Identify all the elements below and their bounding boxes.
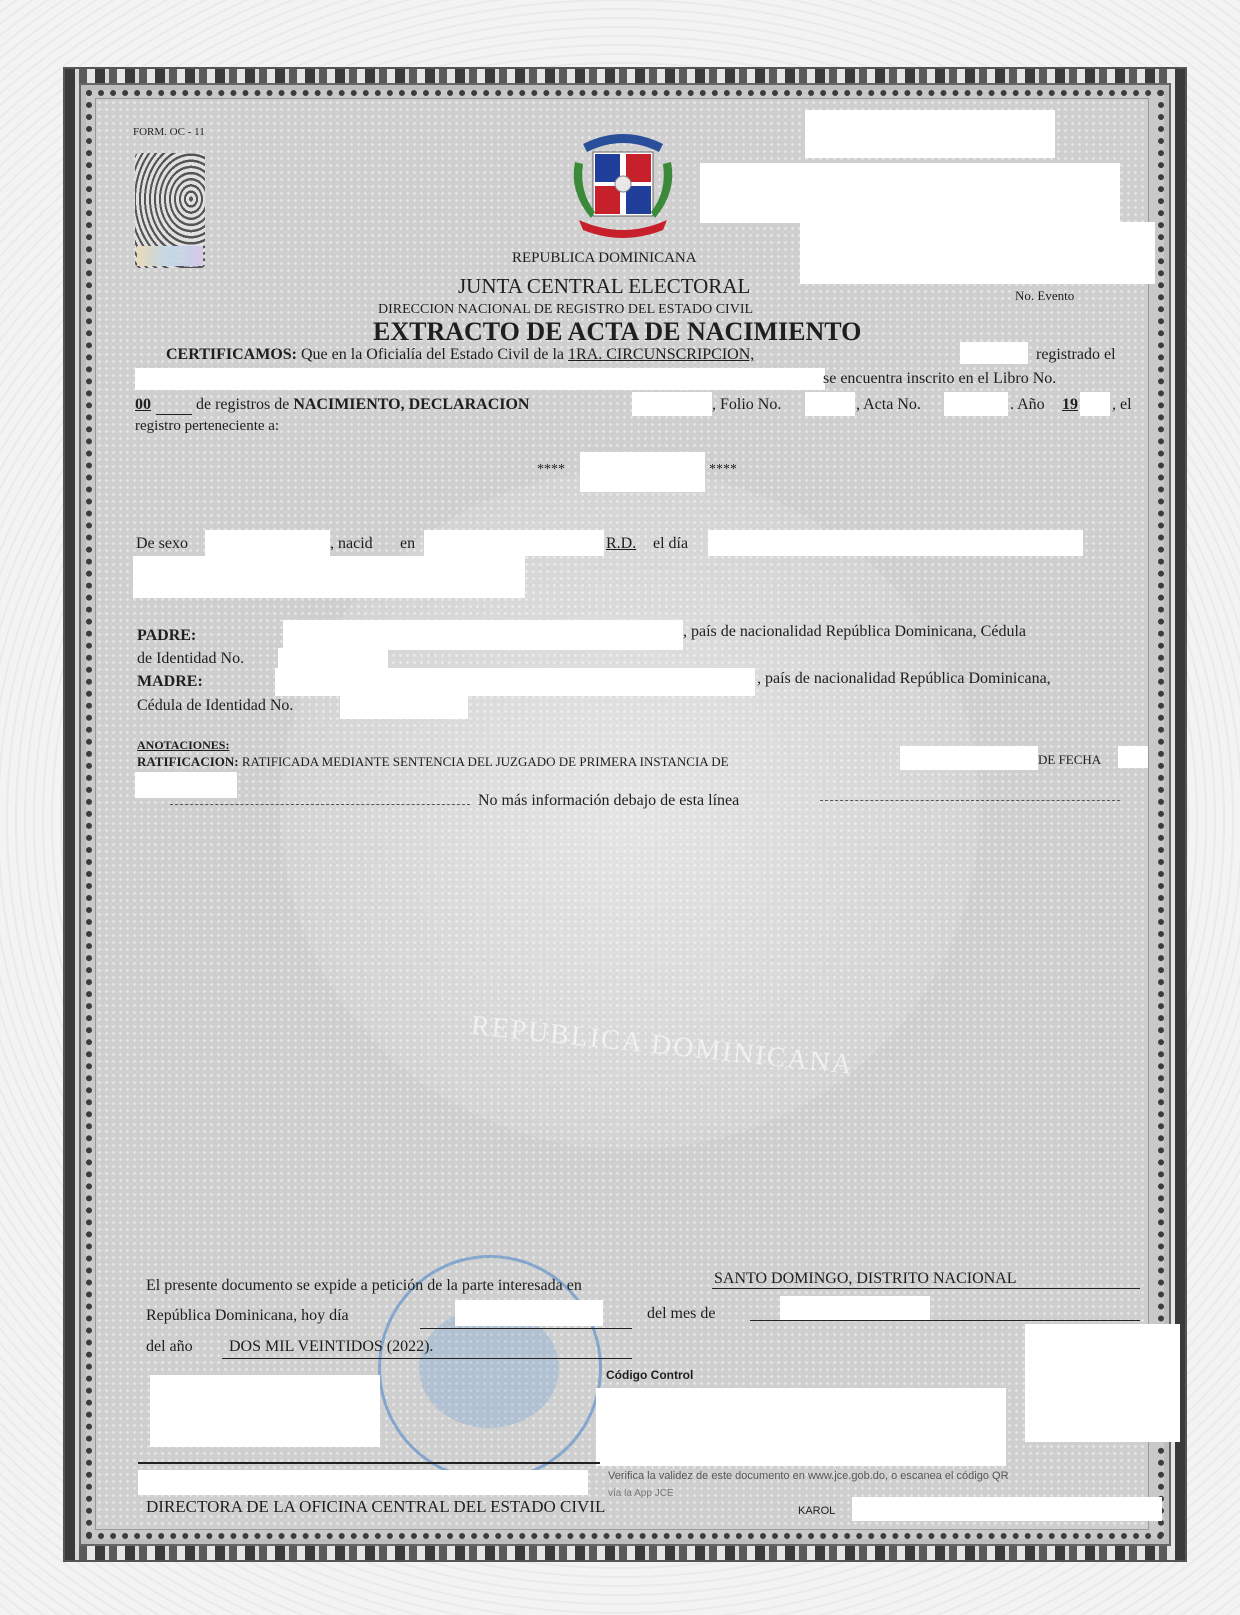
redacted-field <box>805 392 855 416</box>
name-suffix-stars: **** <box>709 462 737 478</box>
operator-name: KAROL <box>798 1505 835 1517</box>
signer-name-redacted <box>138 1470 588 1495</box>
certification-line-1: CERTIFICAMOS: Que en la Oficialía del Es… <box>166 346 754 364</box>
redacted-field <box>135 368 825 390</box>
signature-line <box>138 1462 600 1464</box>
redacted-field <box>1080 392 1110 416</box>
country-name: REPUBLICA DOMINICANA <box>512 250 697 267</box>
form-code: FORM. OC - 11 <box>133 126 205 138</box>
anio-emision-label: del año <box>146 1338 193 1356</box>
registro-type: NACIMIENTO, DECLARACION <box>293 396 529 413</box>
anotaciones-heading: ANOTACIONES: <box>137 738 229 753</box>
place-underline <box>712 1288 1140 1289</box>
de-fecha-label: DE FECHA <box>1038 752 1101 768</box>
redacted-field <box>424 530 604 556</box>
registrado-label: registrado el <box>1036 346 1116 364</box>
ratificacion-text: RATIFICADA MEDIANTE SENTENCIA DEL JUZGAD… <box>242 754 729 769</box>
verify-text: Verifica la validez de este documento en… <box>608 1470 1009 1482</box>
name-prefix-stars: **** <box>537 462 565 478</box>
padre-name-redacted <box>283 620 683 650</box>
el-label: , el <box>1112 396 1132 414</box>
redacted-field <box>700 163 1120 223</box>
redacted-field <box>1118 746 1148 768</box>
redacted-field <box>340 693 468 719</box>
issuance-line-2: República Dominicana, hoy día <box>146 1307 349 1325</box>
control-code-redacted <box>596 1388 1006 1466</box>
end-of-information-line: No más información debajo de esta línea <box>478 792 739 810</box>
redacted-field <box>852 1497 1162 1521</box>
codigo-control-label: Código Control <box>606 1368 693 1382</box>
redacted-field <box>900 746 1038 770</box>
madre-nacionalidad: , país de nacionalidad República Dominic… <box>757 670 1051 688</box>
padre-nacionalidad: , país de nacionalidad República Dominic… <box>683 623 1026 641</box>
month-underline <box>750 1320 1140 1321</box>
oficialia-text: Que en la Oficialía del Estado Civil de … <box>301 346 564 363</box>
en-label: en <box>400 535 415 553</box>
fingerprint-hologram-icon: JCE <box>135 153 205 268</box>
redacted-field <box>133 556 525 598</box>
redacted-field <box>960 342 1028 364</box>
event-number-label: No. Evento <box>1015 288 1074 304</box>
redacted-field <box>135 772 237 798</box>
day-underline <box>420 1328 632 1329</box>
nacido-label: , nacid <box>330 535 373 553</box>
ratificacion-line: RATIFICACION: RATIFICADA MEDIANTE SENTEN… <box>137 754 729 770</box>
anio-prefix: 19 <box>1062 396 1078 414</box>
institution-name: JUNTA CENTRAL ELECTORAL <box>458 274 750 299</box>
signer-title: DIRECTORA DE LA OFICINA CENTRAL DEL ESTA… <box>146 1497 605 1517</box>
libro-label: se encuentra inscrito en el Libro No. <box>823 370 1056 388</box>
sexo-label: De sexo <box>136 535 188 553</box>
madre-cedula-label: Cédula de Identidad No. <box>137 697 293 715</box>
de-registros-label: de registros de <box>196 396 289 413</box>
end-line-left <box>170 804 470 805</box>
acta-label: , Acta No. <box>856 396 921 414</box>
madre-name-redacted <box>275 668 755 696</box>
folio-label: , Folio No. <box>712 396 781 414</box>
mes-label: del mes de <box>647 1305 715 1323</box>
issuance-place: SANTO DOMINGO, DISTRITO NACIONAL <box>714 1270 1017 1288</box>
rd-label: R.D. <box>606 535 636 553</box>
padre-cedula-label: de Identidad No. <box>137 650 244 668</box>
redacted-field <box>632 392 712 416</box>
anio-emision-value: DOS MIL VEINTIDOS (2022). <box>229 1338 433 1356</box>
madre-label: MADRE: <box>137 673 203 691</box>
redacted-field <box>708 530 1083 556</box>
redacted-field <box>944 392 1008 416</box>
department-name: DIRECCION NACIONAL DE REGISTRO DEL ESTAD… <box>378 302 753 318</box>
redacted-field <box>800 222 1155 284</box>
libro-underline <box>156 414 192 415</box>
hologram-label: JCE <box>137 246 203 266</box>
redacted-day <box>455 1300 603 1326</box>
circunscripcion-value: 1RA. CIRCUNSCRIPCION, <box>568 346 754 363</box>
document-title: EXTRACTO DE ACTA DE NACIMIENTO <box>373 317 861 347</box>
perteneciente-label: registro perteneciente a: <box>135 418 279 435</box>
libro-number: 00 <box>135 396 151 414</box>
end-line-right <box>820 800 1120 801</box>
verify-text-2: vía la App JCE <box>608 1488 674 1499</box>
redacted-field <box>805 110 1055 158</box>
qr-code-redacted <box>1025 1324 1180 1442</box>
anio-label: . Año <box>1010 396 1045 414</box>
dia-label: el día <box>653 535 688 553</box>
ratificacion-label: RATIFICACION: <box>137 754 239 769</box>
issuance-line-1: El presente documento se expide a petici… <box>146 1277 582 1295</box>
coat-of-arms-icon <box>565 122 681 240</box>
registros-text: de registros de NACIMIENTO, DECLARACION <box>196 396 529 414</box>
redacted-field <box>205 530 330 556</box>
padre-label: PADRE: <box>137 627 196 645</box>
certificamos-label: CERTIFICAMOS: <box>166 346 297 363</box>
signature-redacted <box>150 1375 380 1447</box>
redacted-month <box>780 1296 930 1320</box>
registrant-name-redacted <box>580 452 705 492</box>
anio-underline <box>222 1358 632 1359</box>
